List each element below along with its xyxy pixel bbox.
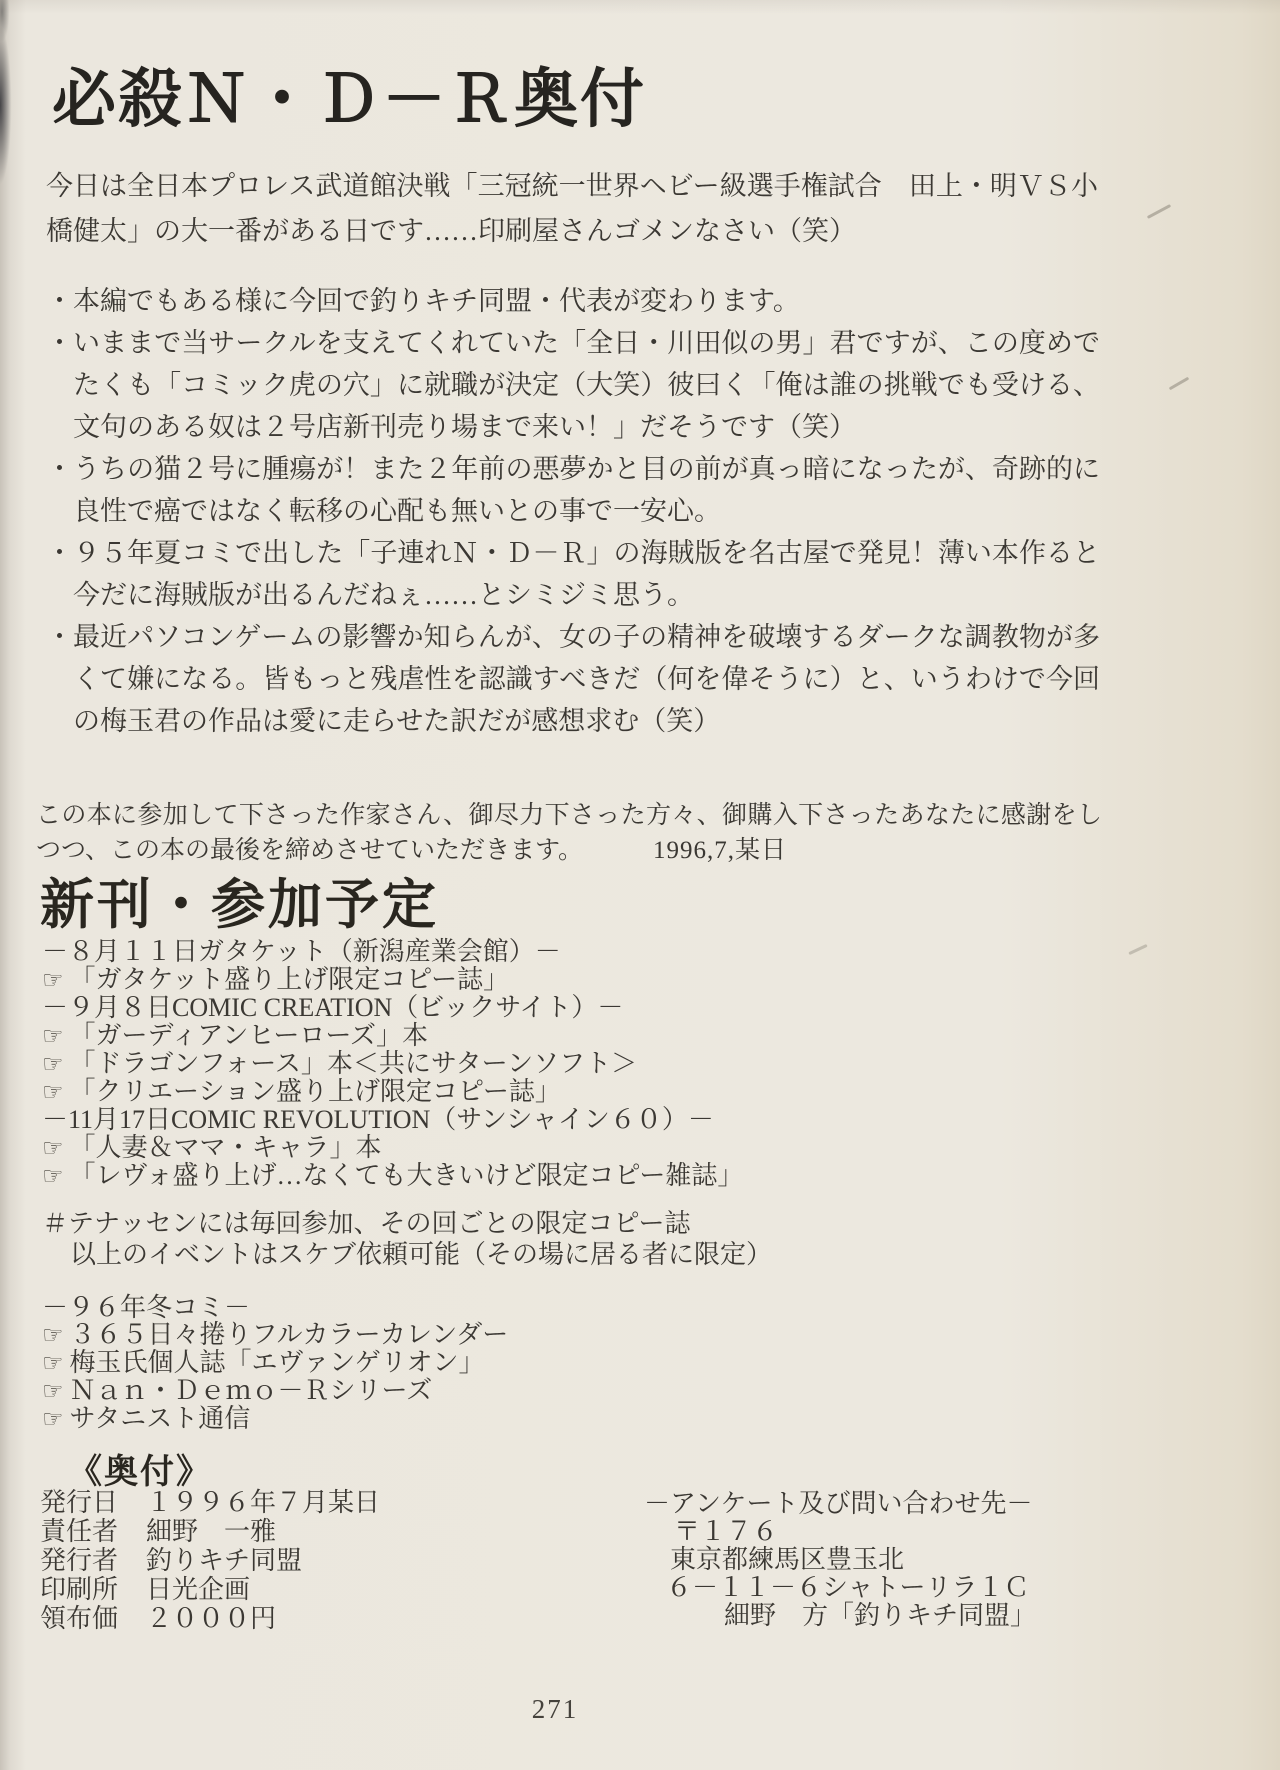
pointer-finger-icon: ☞: [42, 1050, 64, 1078]
pointer-finger-icon: ☞: [42, 1134, 64, 1162]
scan-artifact: [1128, 944, 1147, 955]
colophon-row: 発行者釣りキチ同盟: [40, 1546, 380, 1575]
closing-paragraph: この本に参加して下さった作家さん、御尽力下さった方々、御購入下さったあなたに感謝…: [36, 798, 1102, 868]
winter-text: －９６年冬コミ－: [42, 1293, 250, 1322]
hash-note-line: 以上のイベントはスケブ依頼可能（その場に居る者に限定）: [42, 1239, 772, 1270]
page-number: 271: [0, 1694, 1110, 1725]
event-text: 「クリエーション盛り上げ限定コピー誌」: [70, 1077, 561, 1106]
colophon-table: 発行日１９９６年７月某日 責任者細野 一雅 発行者釣りキチ同盟 印刷所日光企画 …: [40, 1488, 380, 1633]
note-item: ・いままで当サークルを支えてくれていた「全日・川田似の男」君ですが、この度めでた…: [46, 322, 1100, 448]
event-text: －８月１１日ガタケット（新潟産業会館）－: [42, 937, 561, 966]
winter-line: ☞梅玉氏個人誌「エヴァンゲリオン」: [42, 1349, 508, 1377]
event-line: ☞「ガタケット盛り上げ限定コピー誌」: [42, 966, 743, 994]
winter-text: 梅玉氏個人誌「エヴァンゲリオン」: [70, 1348, 485, 1377]
colophon-value: １９９６年７月某日: [146, 1488, 380, 1517]
pointer-finger-icon: ☞: [42, 1162, 64, 1190]
note-item: ・最近パソコンゲームの影響か知らんが、女の子の精神を破壊するダークな調教物が多く…: [46, 616, 1100, 742]
colophon-row: 領布価２０００円: [40, 1604, 380, 1633]
colophon-value: 日光企画: [146, 1575, 250, 1604]
event-line: ☞「レヴォ盛り上げ…なくても大きいけど限定コピー雑誌」: [42, 1162, 743, 1190]
notes-list: ・本編でもある様に今回で釣りキチ同盟・代表が変わります。 ・いままで当サークルを…: [46, 280, 1100, 742]
winter-text: サタニスト通信: [70, 1404, 251, 1433]
colophon-heading: 《奥付》: [68, 1444, 212, 1493]
colophon-row: 責任者細野 一雅: [40, 1517, 380, 1546]
event-line: －11月17日COMIC REVOLUTION（サンシャイン６０）－: [42, 1106, 743, 1134]
note-item: ・９５年夏コミで出した「子連れＮ・Ｄ－Ｒ」の海賊版を名古屋で発見！薄い本作ると今…: [46, 532, 1100, 616]
event-text: 「ガタケット盛り上げ限定コピー誌」: [70, 965, 510, 994]
winter-text: ３６５日々捲りフルカラーカレンダー: [70, 1320, 509, 1349]
colophon-label: 領布価: [40, 1604, 146, 1633]
winter-text: Ｎａｎ・Ｄｅｍｏ－Ｒシリーズ: [70, 1376, 433, 1405]
winter-line: －９６年冬コミ－: [42, 1294, 508, 1321]
event-text: －９月８日COMIC CREATION（ビックサイト）－: [42, 993, 623, 1022]
colophon-value: 細野 一雅: [146, 1517, 276, 1546]
contact-line: ６－１１－６シャトーリラ１Ｃ: [616, 1574, 1036, 1602]
event-text: 「ガーディアンヒーローズ」本: [70, 1021, 429, 1050]
contact-line: 細野 方「釣りキチ同盟」: [616, 1602, 1036, 1630]
event-line: ☞「ガーディアンヒーローズ」本: [42, 1022, 743, 1050]
colophon-label: 発行者: [40, 1546, 146, 1575]
winter-line: ☞Ｎａｎ・Ｄｅｍｏ－Ｒシリーズ: [42, 1377, 508, 1405]
pointer-finger-icon: ☞: [42, 966, 64, 994]
event-line: －８月１１日ガタケット（新潟産業会館）－: [42, 938, 743, 966]
hash-note-line: ＃テナッセンには毎回参加、その回ごとの限定コピー誌: [42, 1208, 772, 1239]
event-text: －11月17日COMIC REVOLUTION（サンシャイン６０）－: [42, 1105, 714, 1134]
schedule-heading: 新刊・参加予定: [40, 862, 439, 939]
colophon-value: 釣りキチ同盟: [146, 1546, 302, 1575]
event-line: ☞「クリエーション盛り上げ限定コピー誌」: [42, 1078, 743, 1106]
colophon-row: 印刷所日光企画: [40, 1575, 380, 1604]
page-title: 必殺Ｎ・Ｄ－Ｒ奥付: [52, 48, 646, 140]
scan-artifact: [1147, 204, 1171, 219]
pointer-finger-icon: ☞: [42, 1350, 64, 1377]
closing-date: 1996,7,某日: [653, 837, 787, 864]
event-line: ☞「ドラゴンフォース」本＜共にサターンソフト＞: [42, 1050, 743, 1078]
contact-block: －アンケート及び問い合わせ先－ 〒１７６ 東京都練馬区豊玉北 ６－１１－６シャト…: [616, 1490, 1036, 1630]
winter-line: ☞３６５日々捲りフルカラーカレンダー: [42, 1321, 508, 1349]
event-list: －８月１１日ガタケット（新潟産業会館）－ ☞「ガタケット盛り上げ限定コピー誌」 …: [42, 938, 743, 1190]
colophon-label: 発行日: [40, 1488, 146, 1517]
pointer-finger-icon: ☞: [42, 1078, 64, 1106]
paper-page: 必殺Ｎ・Ｄ－Ｒ奥付 今日は全日本プロレス武道館決戦「三冠統一世界ヘビー級選手権試…: [0, 0, 1280, 1770]
closing-text: この本に参加して下さった作家さん、御尽力下さった方々、御購入下さったあなたに感謝…: [36, 802, 1102, 864]
hash-note: ＃テナッセンには毎回参加、その回ごとの限定コピー誌 以上のイベントはスケブ依頼可…: [42, 1208, 772, 1270]
note-item: ・うちの猫２号に腫瘍が！また２年前の悪夢かと目の前が真っ暗になったが、奇跡的に良…: [46, 448, 1100, 532]
pointer-finger-icon: ☞: [42, 1378, 64, 1405]
event-line: ☞「人妻＆ママ・キャラ」本: [42, 1134, 743, 1162]
winter-line: ☞サタニスト通信: [42, 1405, 508, 1433]
event-text: 「ドラゴンフォース」本＜共にサターンソフト＞: [70, 1049, 638, 1078]
colophon-label: 責任者: [40, 1517, 146, 1546]
event-text: 「人妻＆ママ・キャラ」本: [70, 1133, 382, 1162]
colophon-value: ２０００円: [146, 1604, 276, 1633]
pointer-finger-icon: ☞: [42, 1406, 64, 1433]
note-item: ・本編でもある様に今回で釣りキチ同盟・代表が変わります。: [46, 280, 1100, 322]
intro-paragraph: 今日は全日本プロレス武道館決戦「三冠統一世界ヘビー級選手権試合 田上・明ＶＳ小橋…: [46, 164, 1098, 254]
scan-artifact: [1169, 377, 1190, 391]
pointer-finger-icon: ☞: [42, 1322, 64, 1349]
colophon-label: 印刷所: [40, 1575, 146, 1604]
event-text: 「レヴォ盛り上げ…なくても大きいけど限定コピー雑誌」: [70, 1161, 744, 1190]
event-line: －９月８日COMIC CREATION（ビックサイト）－: [42, 994, 743, 1022]
pointer-finger-icon: ☞: [42, 1022, 64, 1050]
contact-heading: －アンケート及び問い合わせ先－: [616, 1490, 1036, 1518]
contact-line: 東京都練馬区豊玉北: [616, 1546, 1036, 1574]
winter-list: －９６年冬コミ－ ☞３６５日々捲りフルカラーカレンダー ☞梅玉氏個人誌「エヴァン…: [42, 1294, 508, 1433]
colophon-row: 発行日１９９６年７月某日: [40, 1488, 380, 1517]
contact-line: 〒１７６: [616, 1518, 1036, 1546]
